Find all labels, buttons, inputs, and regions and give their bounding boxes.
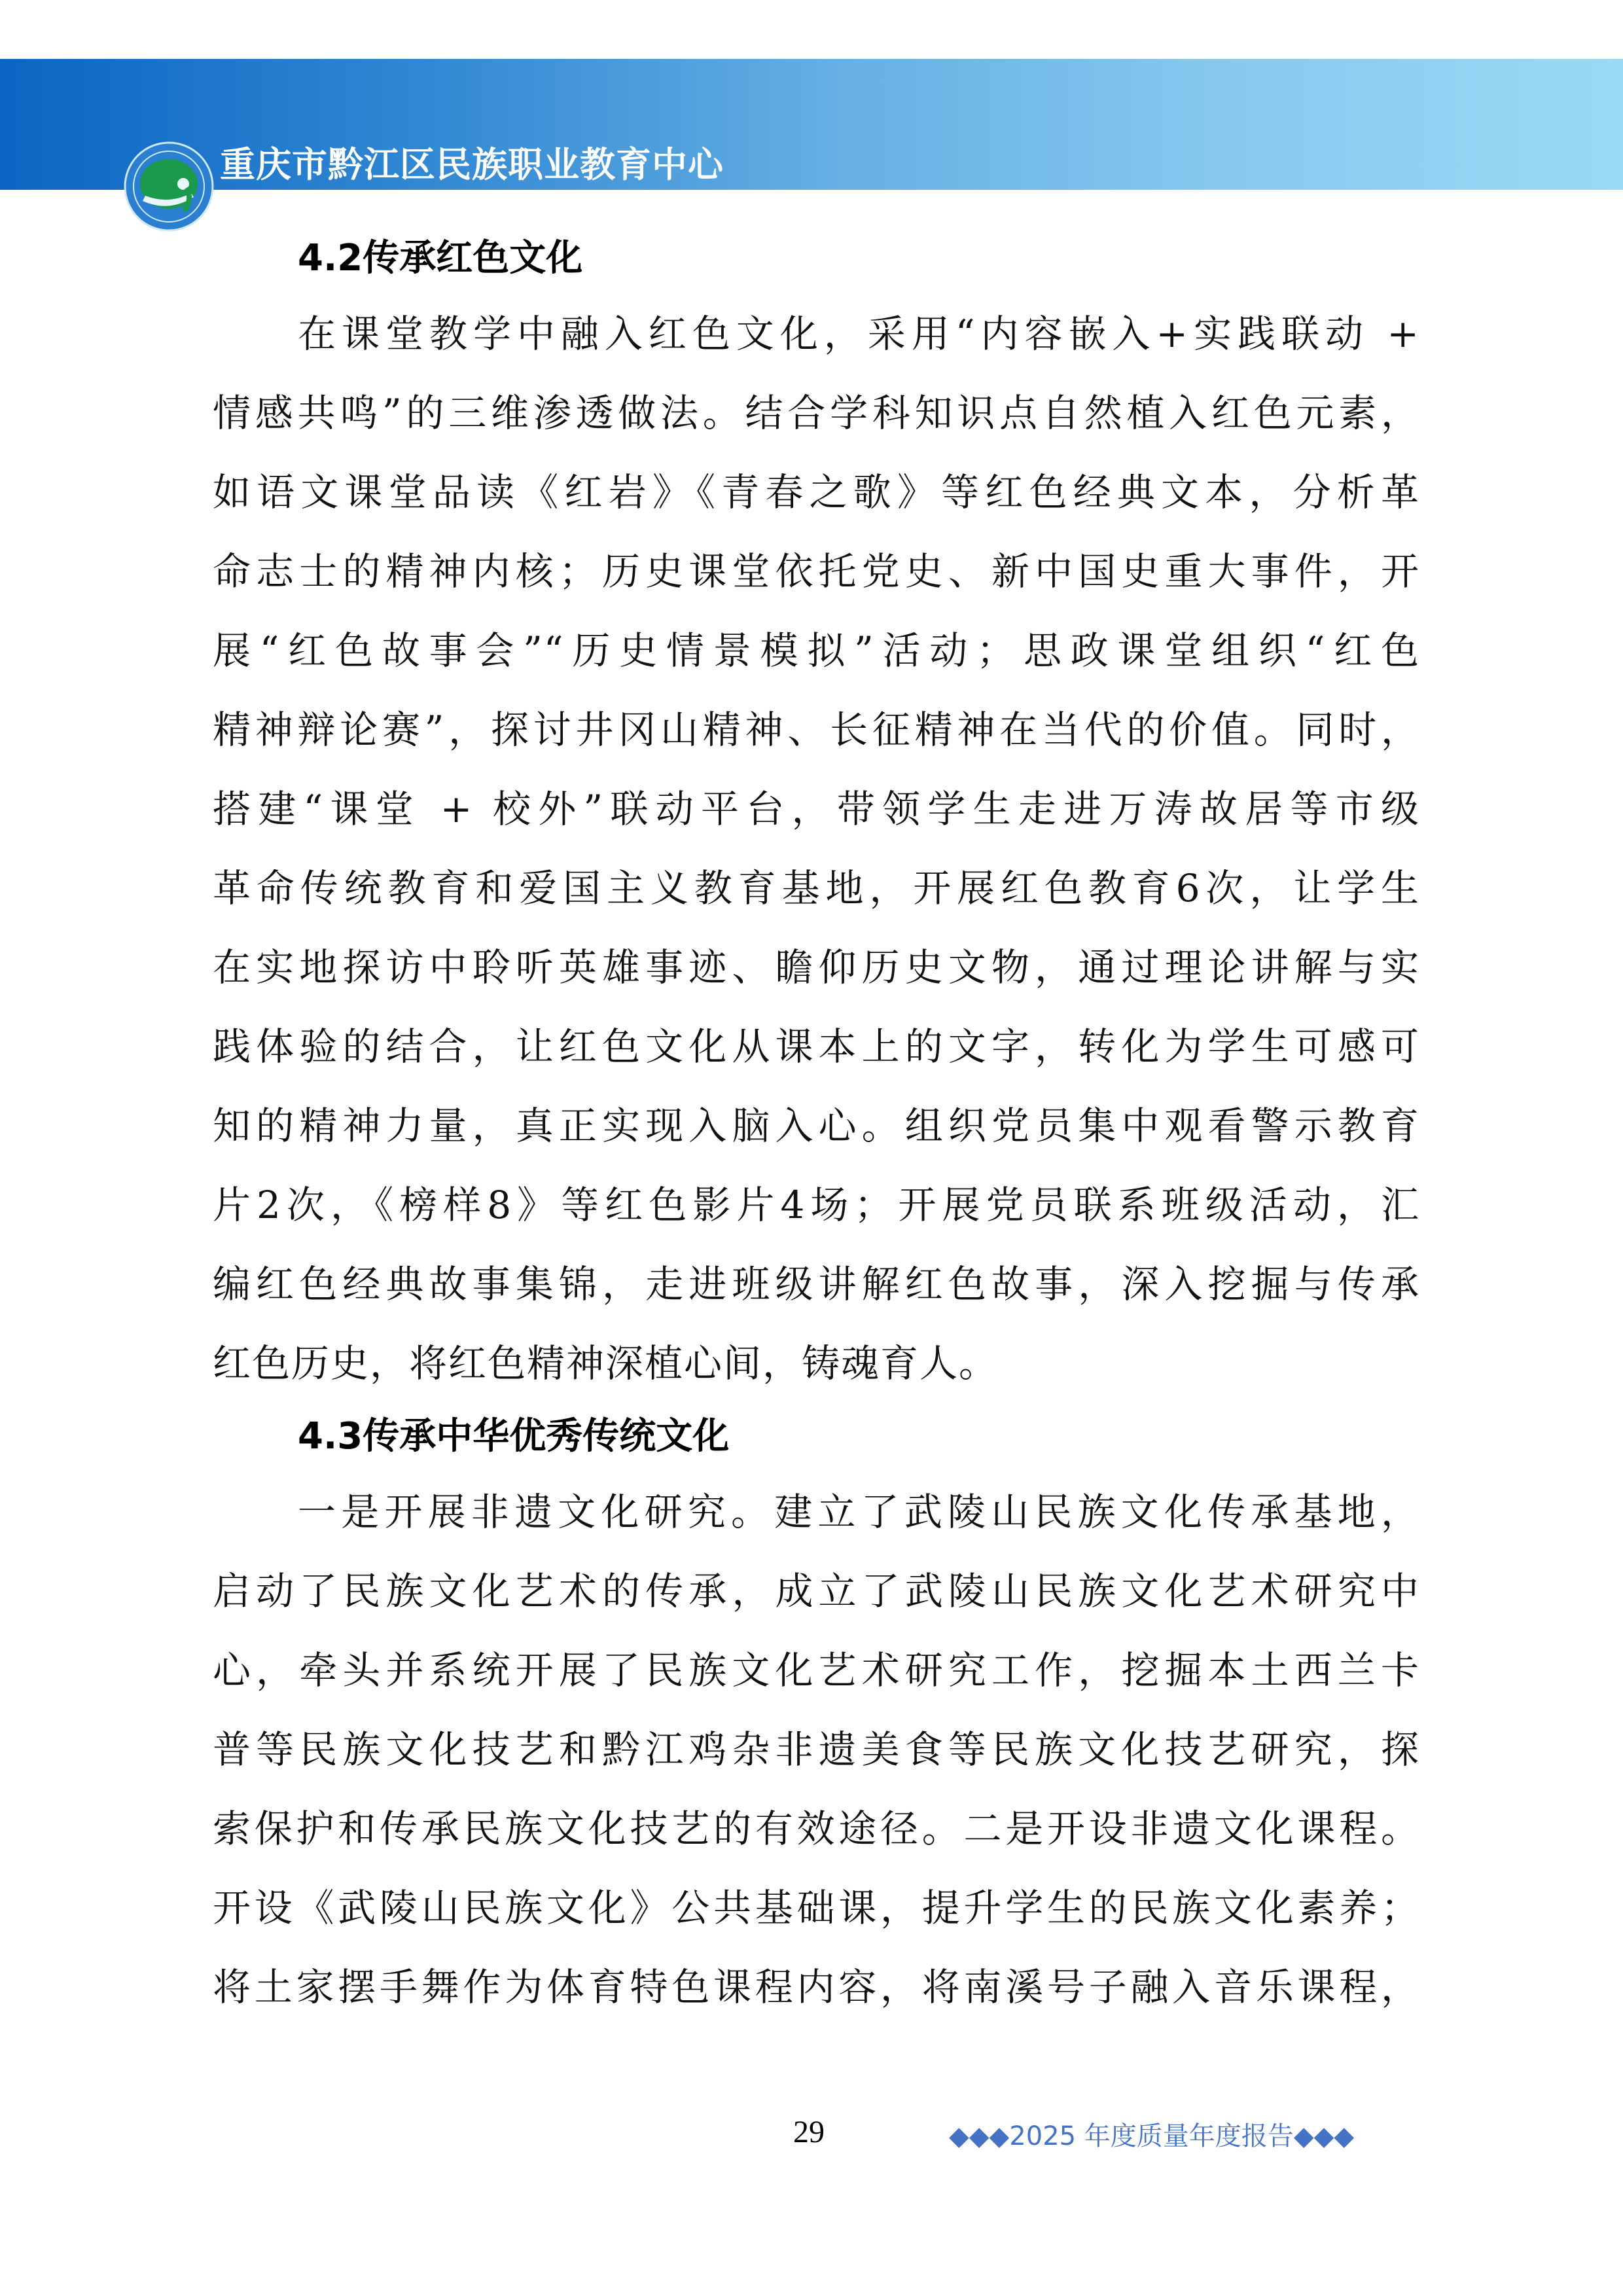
- diamond-icon: ◆◆◆: [949, 2121, 1009, 2151]
- document-body: 4.2传承红色文化 在课堂教学中融入红色文化，采用“内容嵌入+实践联动 + 情感…: [213, 223, 1420, 2027]
- text-line: 将土家摆手舞作为体育特色课程内容，将南溪号子融入音乐课程，: [213, 1948, 1420, 2027]
- text-line: 精神辩论赛”，探讨井冈山精神、长征精神在当代的价值。同时，: [213, 691, 1420, 770]
- text-line: 搭建“课堂 + 校外”联动平台，带领学生走进万涛故居等市级: [213, 770, 1420, 849]
- text-line: 红色历史，将红色精神深植心间，铸魂育人。: [213, 1324, 1420, 1403]
- header-banner: 重庆市黔江区民族职业教育中心 CHONGQING SHI QIANJIANG Q…: [0, 59, 1623, 190]
- school-emblem-icon: [123, 141, 215, 232]
- school-name-pinyin: CHONGQING SHI QIANJIANG QU MINZU ZHIYE J…: [220, 198, 662, 219]
- section-heading-red-culture: 4.2传承红色文化: [213, 223, 1420, 295]
- text-line: 启动了民族文化艺术的传承，成立了武陵山民族文化艺术研究中: [213, 1552, 1420, 1631]
- text-line: 如语文课堂品读《红岩》《青春之歌》等红色经典文本，分析革: [213, 453, 1420, 532]
- text-line: 命志士的精神内核；历史课堂依托党史、新中国史重大事件，开: [213, 532, 1420, 611]
- text-line: 情感共鸣”的三维渗透做法。结合学科知识点自然植入红色元素，: [213, 374, 1420, 453]
- report-title-footer: ◆◆◆2025 年度质量年度报告◆◆◆: [949, 2115, 1354, 2153]
- report-title: 2025 年度质量年度报告: [1009, 2121, 1294, 2151]
- text-line: 心，牵头并系统开展了民族文化艺术研究工作，挖掘本土西兰卡: [213, 1631, 1420, 1710]
- text-line: 知的精神力量，真正实现入脑入心。组织党员集中观看警示教育: [213, 1086, 1420, 1166]
- text-line: 展“红色故事会”“历史情景模拟”活动；思政课堂组织“红色: [213, 611, 1420, 691]
- text-line: 一是开展非遗文化研究。建立了武陵山民族文化传承基地，: [213, 1473, 1420, 1552]
- text-line: 索保护和传承民族文化技艺的有效途径。二是开设非遗文化课程。: [213, 1789, 1420, 1869]
- paragraph-red-culture: 在课堂教学中融入红色文化，采用“内容嵌入+实践联动 + 情感共鸣”的三维渗透做法…: [213, 295, 1420, 1403]
- text-line: 践体验的结合，让红色文化从课本上的文字，转化为学生可感可: [213, 1007, 1420, 1086]
- text-line: 革命传统教育和爱国主义教育基地，开展红色教育6次，让学生: [213, 849, 1420, 928]
- text-line: 在课堂教学中融入红色文化，采用“内容嵌入+实践联动 +: [213, 295, 1420, 374]
- diamond-icon: ◆◆◆: [1294, 2121, 1354, 2151]
- text-line: 开设《武陵山民族文化》公共基础课，提升学生的民族文化素养；: [213, 1869, 1420, 1948]
- text-line: 片2次，《榜样8》等红色影片4场；开展党员联系班级活动，汇: [213, 1166, 1420, 1245]
- text-line: 普等民族文化技艺和黔江鸡杂非遗美食等民族文化技艺研究，探: [213, 1710, 1420, 1789]
- text-line: 在实地探访中聆听英雄事迹、瞻仰历史文物，通过理论讲解与实: [213, 928, 1420, 1007]
- text-line: 编红色经典故事集锦，走进班级讲解红色故事，深入挖掘与传承: [213, 1245, 1420, 1324]
- paragraph-traditional-culture: 一是开展非遗文化研究。建立了武陵山民族文化传承基地， 启动了民族文化艺术的传承，…: [213, 1473, 1420, 2027]
- section-heading-traditional-culture: 4.3传承中华优秀传统文化: [213, 1401, 1420, 1473]
- page-number: 29: [793, 2114, 825, 2150]
- school-name-cn: 重庆市黔江区民族职业教育中心: [220, 144, 724, 186]
